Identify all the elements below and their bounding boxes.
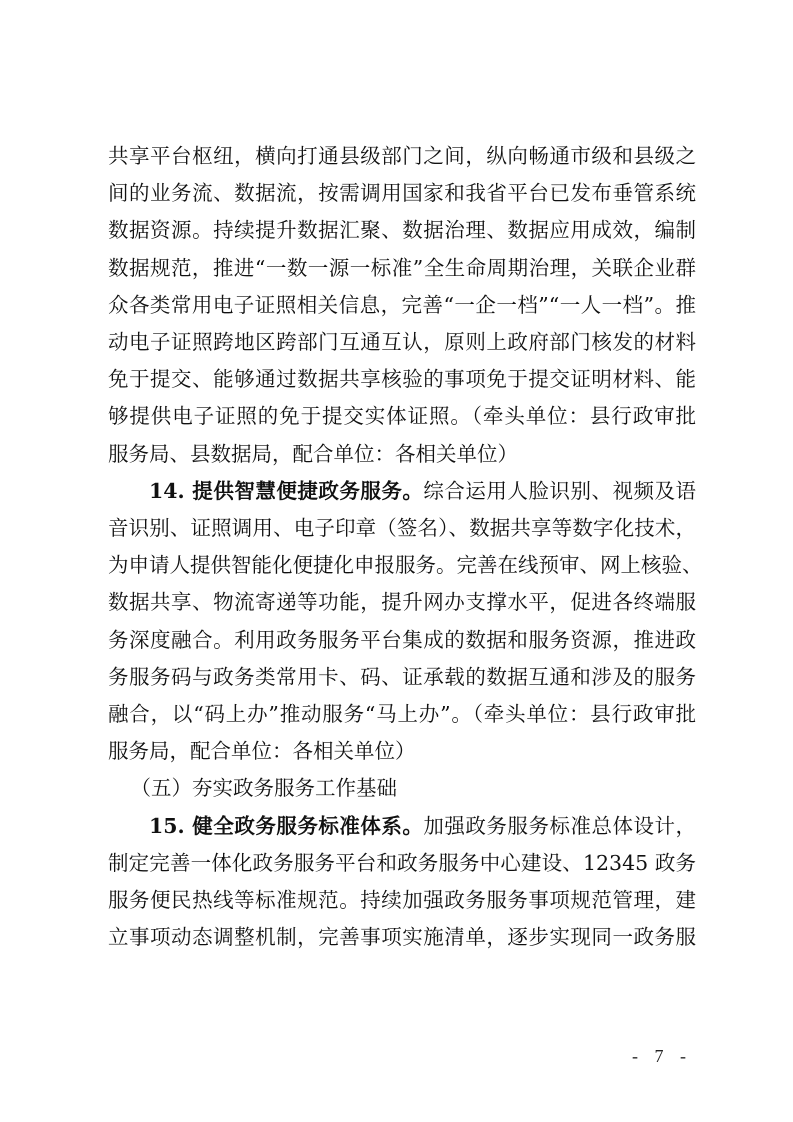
text-line: 务深度融合。利用政务服务平台集成的数据和服务资源，推进政	[108, 622, 696, 659]
text-line: 务服务码与政务类常用卡、码、证承载的数据互通和涉及的服务	[108, 659, 696, 696]
text-line: 间的业务流、数据流，按需调用国家和我省平台已发布垂管系统	[108, 175, 696, 212]
section-heading-5: （五）夯实政务服务工作基础	[108, 770, 696, 807]
paragraph-item-15: 15. 健全政务服务标准体系。加强政务服务标准总体设计， 制定完善一体化政务服务…	[108, 808, 696, 957]
text-segment: 综合运用人脸识别、视频及语	[423, 479, 696, 503]
text-line: 众各类常用电子证照相关信息，完善“一企一档”“一人一档”。推	[108, 287, 696, 324]
text-line: 制定完善一体化政务服务平台和政务服务中心建设、12345 政务	[108, 845, 696, 882]
text-line: 免于提交、能够通过数据共享核验的事项免于提交证明材料、能	[108, 361, 696, 398]
text-line: 服务局，配合单位：各相关单位）	[108, 733, 696, 770]
paragraph-continued: 共享平台枢纽，横向打通县级部门之间，纵向畅通市级和县级之 间的业务流、数据流，按…	[108, 138, 696, 473]
text-line-first: 14. 提供智慧便捷政务服务。综合运用人脸识别、视频及语	[108, 473, 696, 510]
text-line: 音识别、证照调用、电子印章（签名）、数据共享等数字化技术，	[108, 510, 696, 547]
paragraph-item-14: 14. 提供智慧便捷政务服务。综合运用人脸识别、视频及语 音识别、证照调用、电子…	[108, 473, 696, 771]
document-body: 共享平台枢纽，横向打通县级部门之间，纵向畅通市级和县级之 间的业务流、数据流，按…	[108, 138, 696, 956]
text-line: 数据资源。持续提升数据汇聚、数据治理、数据应用成效，编制	[108, 212, 696, 249]
text-line: 服务便民热线等标准规范。持续加强政务服务事项规范管理，建	[108, 882, 696, 919]
text-line: 服务局、县数据局，配合单位：各相关单位）	[108, 436, 696, 473]
text-line: 立事项动态调整机制，完善事项实施清单，逐步实现同一政务服	[108, 919, 696, 956]
text-line: 动电子证照跨地区跨部门互通互认，原则上政府部门核发的材料	[108, 324, 696, 361]
text-line: 共享平台枢纽，横向打通县级部门之间，纵向畅通市级和县级之	[108, 138, 696, 175]
item-heading-14: 14. 提供智慧便捷政务服务。	[149, 479, 423, 503]
text-line: 够提供电子证照的免于提交实体证照。（牵头单位：县行政审批	[108, 398, 696, 435]
text-line: 数据规范，推进“一数一源一标准”全生命周期治理，关联企业群	[108, 250, 696, 287]
section-title-text: （五）夯实政务服务工作基础	[131, 776, 398, 800]
document-page: 共享平台枢纽，横向打通县级部门之间，纵向畅通市级和县级之 间的业务流、数据流，按…	[0, 0, 793, 1122]
text-line: 融合，以“码上办”推动服务“马上办”。（牵头单位：县行政审批	[108, 696, 696, 733]
section-title: （五）夯实政务服务工作基础	[108, 770, 696, 807]
text-line: 为申请人提供智能化便捷化申报服务。完善在线预审、网上核验、	[108, 547, 696, 584]
text-line: 数据共享、物流寄递等功能，提升网办支撑水平，促进各终端服	[108, 584, 696, 621]
page-number: - 7 -	[632, 1046, 692, 1067]
text-segment: 加强政务服务标准总体设计，	[423, 814, 696, 838]
item-heading-15: 15. 健全政务服务标准体系。	[149, 814, 423, 838]
text-line-first: 15. 健全政务服务标准体系。加强政务服务标准总体设计，	[108, 808, 696, 845]
